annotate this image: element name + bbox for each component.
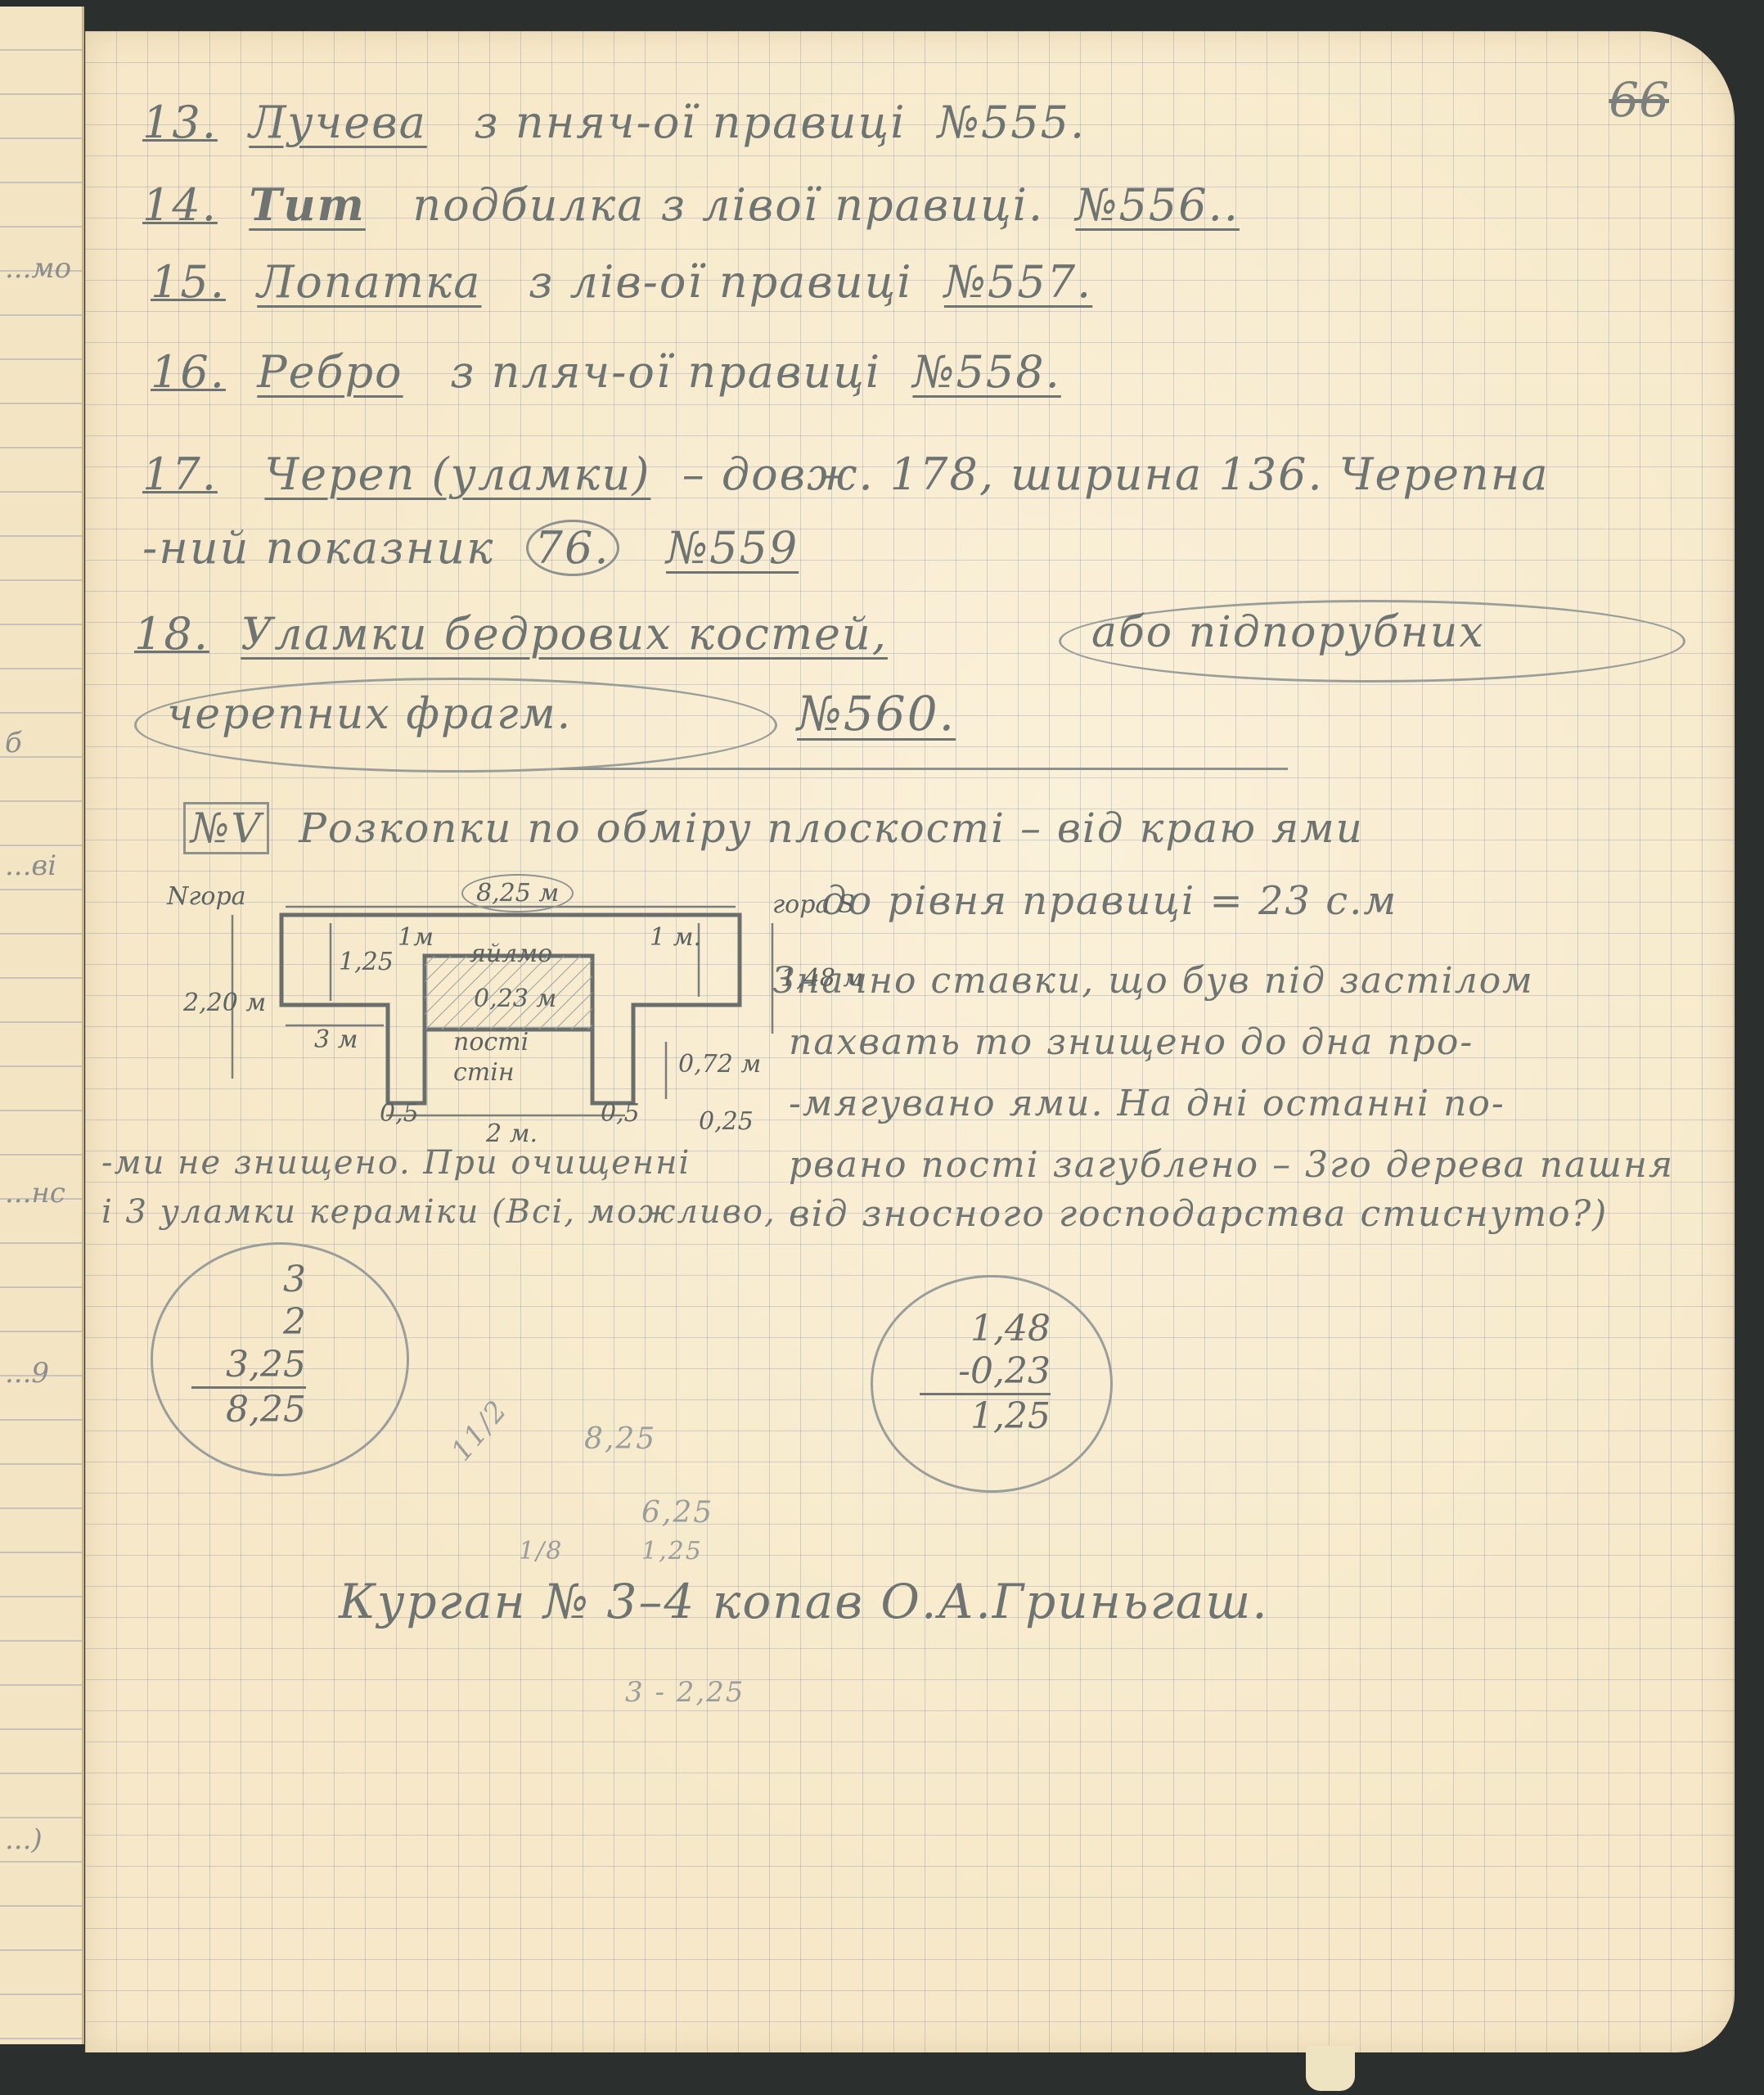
entry-14: 14. Тит подбилка з лівої правиці. №556.. [142,178,1240,231]
find-number: №555. [938,97,1086,148]
label-wall: стін [453,1058,515,1087]
find-number: №558. [912,346,1060,398]
entry-16: 16. Ребро з пляч-ої правиці №558. [151,346,1061,398]
entry-15: 15. Лопатка з лів-ої правиці №557. [151,256,1092,308]
dim-inner-1m-right: 1 м. [650,923,701,952]
dim-bottom-left: 0,5 [380,1099,419,1128]
entry-name: Череп (уламки) [264,448,650,500]
entry-name: Ребро [257,346,403,398]
entry-number: 15. [151,256,226,308]
entry-text: з лів-ої правиці [529,256,913,308]
prev-page-fragment: ...нс [5,1177,65,1210]
previous-page-edge: ...мо б ...ві ...нс ...9 ...) [0,7,84,2044]
page-number: 66 [1609,72,1669,128]
circled-phrase-1-text: або підпорубних [1091,608,1485,657]
calc-result: 1,25 [920,1393,1051,1438]
find-number: №560. [797,686,956,741]
entry-17: 17. Череп (уламки) – довж. 178, ширина 1… [142,448,1550,500]
label-hatched-top: яйлмо [470,939,552,968]
prev-page-fragment: ...) [5,1823,43,1856]
calc-term: 3,25 [191,1344,306,1386]
entry-name: Лучевa [249,97,427,148]
paragraph-line: від зносного господарства стиснуто?) [789,1193,1608,1235]
calc-term: 3 [191,1259,306,1301]
dim-inner-1m: 1м [398,923,434,952]
paragraph-line: -мягувано ями. На дні останні по- [789,1083,1505,1124]
pit-plan-sketch: Nгора гора S 8,25 м 1,25 2,20 м 3 м 1м 1… [208,890,862,1136]
scribble: 1,25 [641,1537,703,1566]
prev-page-fragment: б [5,727,22,759]
dim-left-height: 2,20 м [183,989,266,1017]
entry-text: з пляч-ої правиці [450,346,881,398]
dim-left-depth: 1,25 [339,948,394,976]
entry-13: 13. Лучевa з пняч-ої правиці №555. [142,97,1086,148]
entry-name: Тит [249,178,366,231]
dim-total-width: 8,25 м [461,874,574,912]
notebook-page: 66 13. Лучевa з пняч-ої правиці №555. 14… [85,31,1735,2052]
entry-text: подбилка з лівої правиці. [412,179,1044,231]
dim-left-width: 3 м [314,1025,358,1054]
scribble: 8,25 [584,1422,656,1456]
find-number: №556.. [1075,179,1240,231]
section-divider [560,768,1288,770]
cranial-index: 76. [526,520,619,576]
entry-17-continued: -ний показник 76. №559 [142,522,799,574]
label-hatched-bottom: пості [453,1028,529,1057]
find-number: №559 [666,522,799,574]
scribble: 11/2 [445,1394,515,1467]
scribble: 6,25 [641,1496,713,1530]
section-heading: №V Розкопки по обміру плоскості – від кр… [183,804,1364,852]
calc-term: -0,23 [920,1350,1051,1393]
entry-number: 18. [134,608,209,660]
entry-number: 14. [142,179,218,231]
paragraph-line: пахвать то знищено до дна про- [789,1021,1474,1063]
sketch-drawing [208,890,862,1136]
scribble: 1/8 [519,1537,563,1566]
entry-text: – довж. 178, ширина 136. Черепна [682,448,1550,500]
dim-bottom-far: 0,25 [699,1107,754,1136]
entry-number: 16. [151,346,226,398]
calc-term: 2 [191,1301,306,1344]
section-heading-text: Розкопки по обміру плоскості – від краю … [299,804,1364,852]
entry-18: 18. Уламки бедрових костей, [134,608,888,660]
dim-bottom-right: 0,5 [601,1099,640,1128]
signature-line: Курган № 3–4 копав О.А.Гриньгаш. [339,1574,1269,1629]
dim-south: гора S [772,890,854,919]
paragraph-line-left: і 3 уламки кераміки (Всі, можливо, [101,1193,776,1231]
entry-name: Уламки бедрових костей, [241,608,888,660]
paragraph-line: Значно ставки, що був під застілом [772,960,1534,1002]
scribble: 3 - 2,25 [625,1676,745,1709]
page-tab [1306,2046,1355,2091]
calc-term: 1,48 [920,1308,1051,1350]
entry-number: 13. [142,97,218,148]
prev-page-fragment: ...9 [5,1357,49,1390]
entry-text: -ний показник [142,522,494,574]
find-number: №557. [944,256,1092,308]
calc-left-sum: 3 2 3,25 8,25 [191,1259,306,1431]
entry-text: з пняч-ої правиці [474,97,906,148]
circled-phrase-2-text: черепних фрагм. [167,690,572,739]
dim-bottom-span: 2 м. [486,1120,538,1148]
dim-hatched-depth: 0,23 м [474,984,556,1013]
dim-north: Nгора [167,882,246,911]
entry-name: Лопатка [257,256,481,308]
section-line-2: до рівня правиці = 23 с.м [821,878,1397,924]
dim-right-height: 1,48 м [781,964,863,993]
section-marker: №V [183,802,269,854]
calc-right-sub: 1,48 -0,23 1,25 [920,1308,1051,1438]
paragraph-line: рвано пості загублено – 3го дерева пашня [789,1144,1674,1186]
prev-page-fragment: ...мо [5,252,71,285]
prev-page-fragment: ...ві [5,849,56,882]
calc-result: 8,25 [191,1386,306,1431]
entry-number: 17. [142,448,218,500]
paragraph-line-left: -ми не знищено. При очищенні [101,1144,691,1182]
dim-right-lower: 0,72 м [678,1050,761,1079]
